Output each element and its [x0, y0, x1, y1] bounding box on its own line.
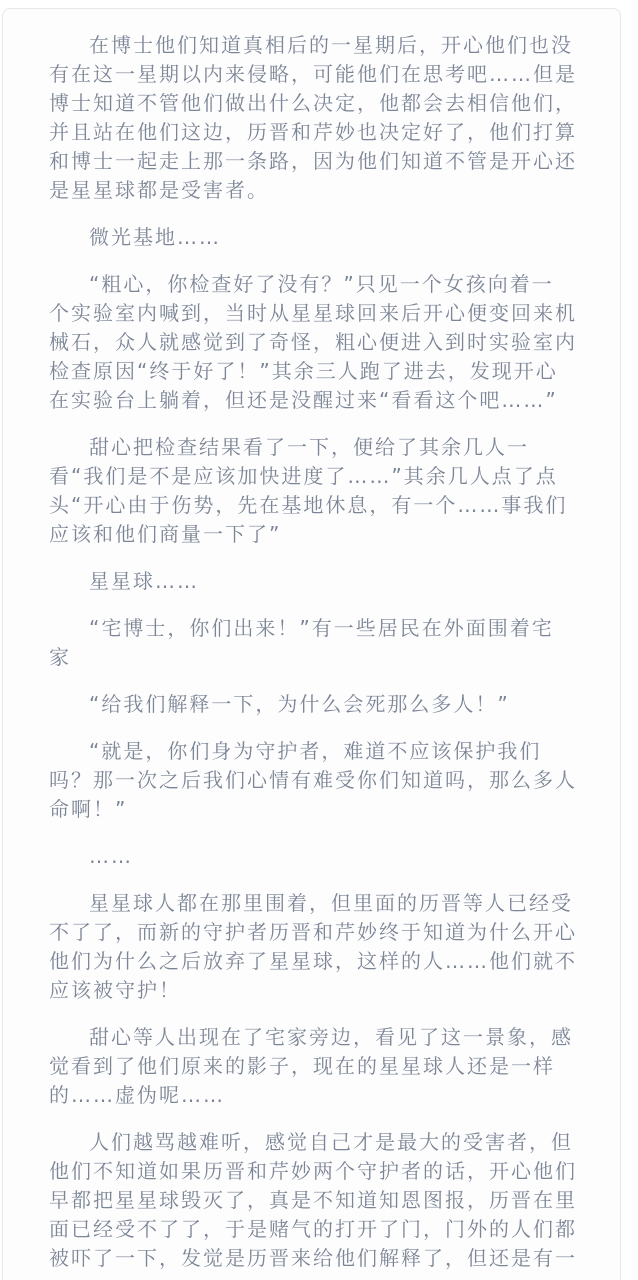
paragraph: 甜心等人出现在了宅家旁边，看见了这一景象，感觉看到了他们原来的影子，现在的星星球… — [49, 1023, 580, 1110]
text-line: “给我们解释一下，为什么会死那么多人！” — [49, 690, 580, 719]
paragraph: “给我们解释一下，为什么会死那么多人！” — [49, 690, 580, 719]
text-line: 博士知道不管他们做出什么决定，他都会去相信他们， — [49, 89, 580, 118]
text-line: 在博士他们知道真相后的一星期后，开心他们也没 — [49, 31, 580, 60]
text-line: 命啊！” — [49, 795, 580, 824]
text-line: 吗？那一次之后我们心情有难受你们知道吗，那么多人 — [49, 766, 580, 795]
paragraph: “宅博士，你们出来！”有一些居民在外面围着宅家 — [49, 614, 580, 672]
paragraph: 星星球…… — [49, 567, 580, 596]
text-line: 觉看到了他们原来的影子，现在的星星球人还是一样 — [49, 1052, 580, 1081]
text-line: “粗心，你检查好了没有？”只见一个女孩向着一 — [49, 270, 580, 299]
text-line: 应该被守护！ — [49, 976, 580, 1005]
text-line: “宅博士，你们出来！”有一些居民在外面围着宅 — [49, 614, 580, 643]
text-line: 早都把星星球毁灭了，真是不知道知恩图报，历晋在里 — [49, 1186, 580, 1215]
paragraph: 星星球人都在那里围着，但里面的历晋等人已经受不了了，而新的守护者历晋和芹妙终于知… — [49, 889, 580, 1005]
novel-text: 在博士他们知道真相后的一星期后，开心他们也没有在这一星期以内来侵略，可能他们在思… — [3, 9, 620, 1273]
text-line: 星星球人都在那里围着，但里面的历晋等人已经受 — [49, 889, 580, 918]
text-line: 微光基地…… — [49, 223, 580, 252]
paragraph: “就是，你们身为守护者，难道不应该保护我们吗？那一次之后我们心情有难受你们知道吗… — [49, 737, 580, 824]
text-line: 是星星球都是受害者。 — [49, 176, 580, 205]
text-line: …… — [49, 842, 580, 871]
paragraph: 人们越骂越难听，感觉自己才是最大的受害者，但他们不知道如果历晋和芹妙两个守护者的… — [49, 1128, 580, 1273]
text-line: 头“开心由于伤势，先在基地休息，有一个……事我们 — [49, 491, 580, 520]
reader-page[interactable]: 在博士他们知道真相后的一星期后，开心他们也没有在这一星期以内来侵略，可能他们在思… — [2, 8, 621, 1280]
text-line: 家 — [49, 643, 580, 672]
text-line: 械石，众人就感觉到了奇怪，粗心便进入到时实验室内 — [49, 328, 580, 357]
text-line: 的……虚伪呢…… — [49, 1081, 580, 1110]
text-line: 星星球…… — [49, 567, 580, 596]
paragraph: “粗心，你检查好了没有？”只见一个女孩向着一个实验室内喊到，当时从星星球回来后开… — [49, 270, 580, 415]
text-line: 被吓了一下，发觉是历晋来给他们解释了，但还是有一 — [49, 1244, 580, 1273]
text-line: 甜心把检查结果看了一下，便给了其余几人一 — [49, 433, 580, 462]
text-line: 面已经受不了了，于是赌气的打开了门，门外的人们都 — [49, 1215, 580, 1244]
text-line: 并且站在他们这边，历晋和芹妙也决定好了，他们打算 — [49, 118, 580, 147]
text-line: 他们为什么之后放弃了星星球，这样的人……他们就不 — [49, 947, 580, 976]
text-line: 在实验台上躺着，但还是没醒过来“看看这个吧……” — [49, 386, 580, 415]
text-line: 个实验室内喊到，当时从星星球回来后开心便变回来机 — [49, 299, 580, 328]
text-line: “就是，你们身为守护者，难道不应该保护我们 — [49, 737, 580, 766]
text-line: 应该和他们商量一下了” — [49, 520, 580, 549]
text-line: 甜心等人出现在了宅家旁边，看见了这一景象，感 — [49, 1023, 580, 1052]
paragraph: 微光基地…… — [49, 223, 580, 252]
text-line: 和博士一起走上那一条路，因为他们知道不管是开心还 — [49, 147, 580, 176]
text-line: 有在这一星期以内来侵略，可能他们在思考吧……但是 — [49, 60, 580, 89]
text-line: 他们不知道如果历晋和芹妙两个守护者的话，开心他们 — [49, 1157, 580, 1186]
paragraph: 在博士他们知道真相后的一星期后，开心他们也没有在这一星期以内来侵略，可能他们在思… — [49, 31, 580, 205]
text-line: 检查原因“终于好了！”其余三人跑了进去，发现开心 — [49, 357, 580, 386]
paragraph: 甜心把检查结果看了一下，便给了其余几人一看“我们是不是应该加快进度了……”其余几… — [49, 433, 580, 549]
paragraph: …… — [49, 842, 580, 871]
text-line: 看“我们是不是应该加快进度了……”其余几人点了点 — [49, 462, 580, 491]
text-line: 不了了，而新的守护者历晋和芹妙终于知道为什么开心 — [49, 918, 580, 947]
text-line: 人们越骂越难听，感觉自己才是最大的受害者，但 — [49, 1128, 580, 1157]
